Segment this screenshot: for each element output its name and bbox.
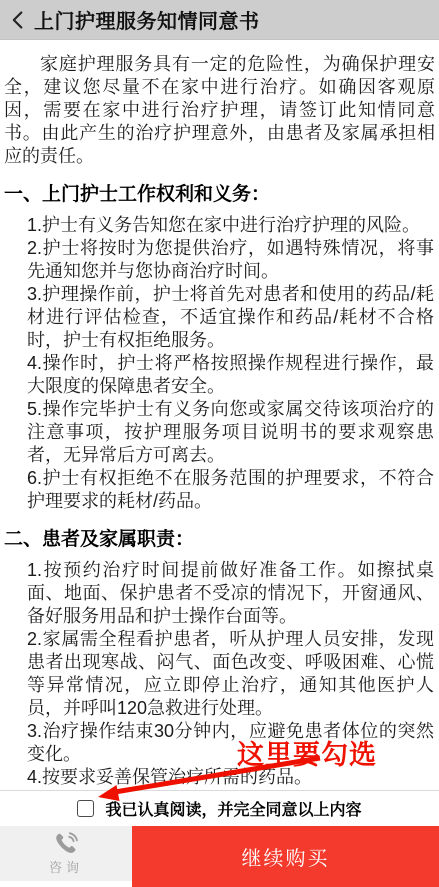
page-title: 上门护理服务知情同意书 bbox=[34, 5, 260, 34]
list-item: 1.按预约治疗时间提前做好准备工作。如擦拭桌面、地面、保护患者不受凉的情况下，开… bbox=[27, 559, 434, 628]
list-item: 5.操作完毕护士有义务向您或家属交待该项治疗的注意事项，按护理服务项目说明书的要… bbox=[27, 398, 434, 467]
app-header: 上门护理服务知情同意书 bbox=[0, 0, 439, 40]
list-item: 2.家属需全程看护患者，听从护理人员安排，发现患者出现寒战、闷气、面色改变、呼吸… bbox=[27, 628, 434, 720]
back-icon[interactable] bbox=[8, 8, 30, 32]
consent-document: 家庭护理服务具有一定的危险性，为确保护理安全，建议您尽量不在家中进行治疗。如确因… bbox=[0, 40, 439, 790]
agree-row[interactable]: 我已认真阅读，并完全同意以上内容 bbox=[0, 790, 439, 826]
list-item: 4.操作时，护士将严格按照操作规程进行操作，最大限度的保障患者安全。 bbox=[27, 352, 434, 398]
section-2-heading: 二、患者及家属职责： bbox=[4, 528, 435, 551]
section-2-items: 1.按预约治疗时间提前做好准备工作。如擦拭桌面、地面、保护患者不受凉的情况下，开… bbox=[4, 559, 435, 789]
section-1-items: 1.护士有义务告知您在家中进行治疗护理的风险。 2.护士将按时为您提供治疗，如遇… bbox=[4, 214, 435, 513]
list-item: 3.治疗操作结束30分钟内，应避免患者体位的突然变化。 bbox=[27, 720, 434, 766]
list-item: 4.按要求妥善保管治疗所需的药品。 bbox=[27, 766, 434, 789]
intro-paragraph: 家庭护理服务具有一定的危险性，为确保护理安全，建议您尽量不在家中进行治疗。如确因… bbox=[4, 53, 435, 168]
phone-icon bbox=[54, 831, 79, 856]
bottom-bar: 咨询 继续购买 bbox=[0, 826, 439, 887]
list-item: 6.护士有权拒绝不在服务范围的护理要求，不符合护理要求的耗材/药品。 bbox=[27, 467, 434, 513]
agree-checkbox[interactable] bbox=[77, 800, 94, 817]
consult-button[interactable]: 咨询 bbox=[0, 826, 132, 881]
consult-label: 咨询 bbox=[49, 857, 83, 876]
agree-label: 我已认真阅读，并完全同意以上内容 bbox=[105, 797, 361, 820]
list-item: 2.护士将按时为您提供治疗，如遇特殊情况，将事先通知您并与您协商治疗时间。 bbox=[27, 237, 434, 283]
list-item: 3.护理操作前，护士将首先对患者和使用的药品/耗材进行评估检查，不适宜操作和药品… bbox=[27, 283, 434, 352]
section-1-heading: 一、上门护士工作权利和义务： bbox=[4, 183, 435, 206]
consent-screen: 上门护理服务知情同意书 家庭护理服务具有一定的危险性，为确保护理安全，建议您尽量… bbox=[0, 0, 439, 887]
continue-purchase-button[interactable]: 继续购买 bbox=[132, 826, 439, 887]
list-item: 1.护士有义务告知您在家中进行治疗护理的风险。 bbox=[27, 214, 434, 237]
